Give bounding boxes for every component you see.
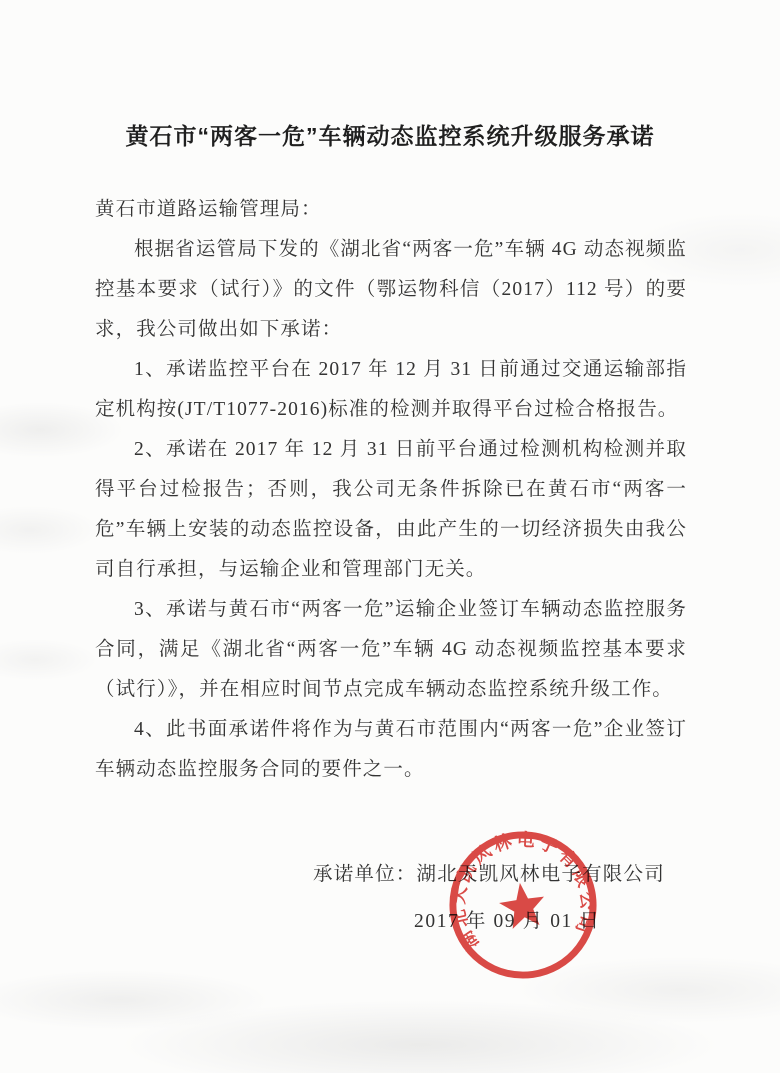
- document-title: 黄石市“两客一危”车辆动态监控系统升级服务承诺: [0, 118, 780, 151]
- paragraph-item-4: 4、此书面承诺件将作为与黄石市范围内“两客一危”企业签订车辆动态监控服务合同的要…: [95, 710, 687, 790]
- scanned-document-page: 黄石市“两客一危”车辆动态监控系统升级服务承诺 黄石市道路运输管理局： 根据省运…: [0, 0, 780, 1073]
- paragraph-intro: 根据省运管局下发的《湖北省“两客一危”车辆 4G 动态视频监控基本要求（试行）》…: [95, 230, 687, 350]
- paragraph-item-3: 3、承诺与黄石市“两客一危”运输企业签订车辆动态监控服务合同，满足《湖北省“两客…: [95, 590, 687, 710]
- salutation: 黄石市道路运输管理局：: [95, 190, 687, 230]
- company-seal-stamp: 湖北天凯风林电子有限公司: [436, 818, 610, 992]
- document-body: 黄石市道路运输管理局： 根据省运管局下发的《湖北省“两客一危”车辆 4G 动态视…: [95, 190, 687, 790]
- red-star-icon: [497, 880, 548, 930]
- paragraph-item-1: 1、承诺监控平台在 2017 年 12 月 31 日前通过交通运输部指定机构按(…: [95, 350, 687, 430]
- paragraph-item-2: 2、承诺在 2017 年 12 月 31 日前平台通过检测机构检测并取得平台过检…: [95, 430, 687, 590]
